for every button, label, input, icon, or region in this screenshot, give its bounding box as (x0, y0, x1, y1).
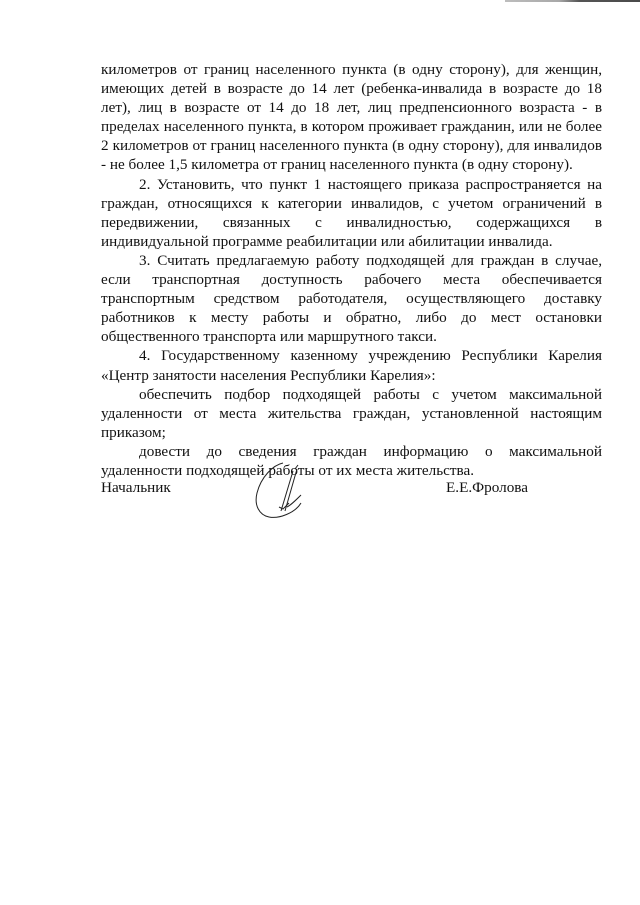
handwritten-signature-icon (251, 459, 311, 524)
paragraph-2: 2. Установить, что пункт 1 настоящего пр… (101, 175, 602, 251)
paragraph-4-item-1: обеспечить подбор подходящей работы с уч… (101, 385, 602, 442)
paragraph-4: 4. Государственному казенному учреждению… (101, 346, 602, 384)
signatory-position: Начальник (101, 479, 171, 497)
paragraph-1-continuation: километров от границ населенного пункта … (101, 60, 602, 175)
signature-block: Начальник Е.Е.Фролова (101, 472, 602, 532)
signatory-name: Е.Е.Фролова (446, 479, 528, 497)
scan-edge-rule (505, 0, 640, 2)
document-body: километров от границ населенного пункта … (101, 60, 602, 480)
paragraph-3: 3. Считать предлагаемую работу подходяще… (101, 251, 602, 346)
